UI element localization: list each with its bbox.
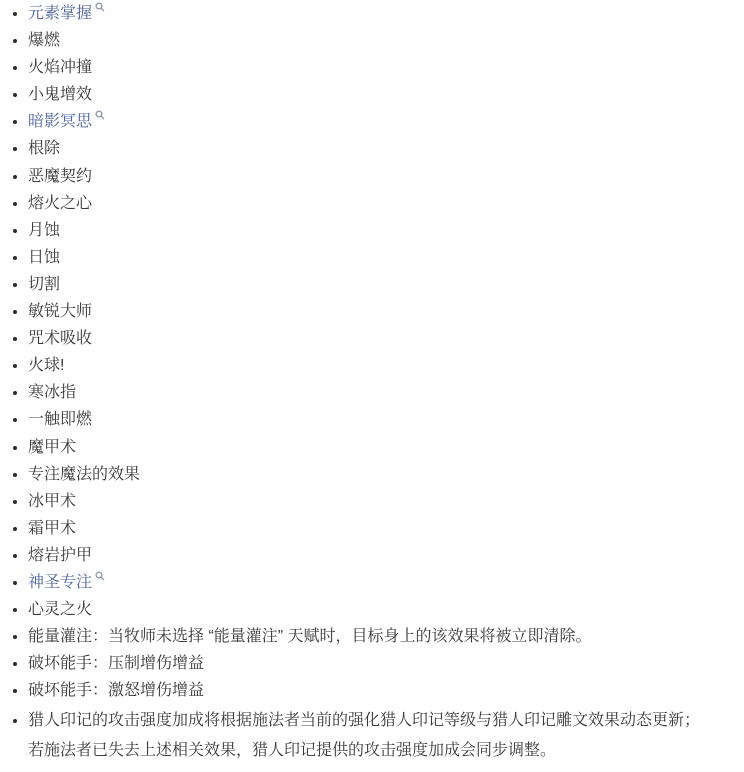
list-item: 元素掌握 bbox=[28, 0, 710, 27]
list-item-label: 日蚀 bbox=[28, 249, 60, 266]
list-item: 火焰冲撞 bbox=[28, 54, 710, 81]
list-item: 破坏能手：激怒增伤增益 bbox=[28, 677, 710, 704]
spell-link[interactable]: 元素掌握 bbox=[28, 5, 92, 22]
spell-link[interactable]: 暗影冥思 bbox=[28, 113, 92, 130]
list-item: 熔火之心 bbox=[28, 190, 710, 217]
list-item-label: 猎人印记的攻击强度加成将根据施法者当前的强化猎人印记等级与猎人印记雕文效果动态更… bbox=[28, 712, 700, 758]
list-item: 暗影冥思 bbox=[28, 108, 710, 135]
search-icon[interactable] bbox=[95, 110, 105, 120]
list-item: 能量灌注：当牧师未选择 “能量灌注” 天赋时，目标身上的该效果将被立即清除。 bbox=[28, 623, 710, 650]
list-item: 心灵之火 bbox=[28, 596, 710, 623]
list-item: 猎人印记的攻击强度加成将根据施法者当前的强化猎人印记等级与猎人印记雕文效果动态更… bbox=[28, 706, 710, 765]
list-item-label: 魔甲术 bbox=[28, 439, 76, 456]
list-item: 根除 bbox=[28, 135, 710, 162]
list-item-label: 霜甲术 bbox=[28, 520, 76, 537]
list-item-label: 火球! bbox=[28, 357, 64, 374]
list-item-label: 爆燃 bbox=[28, 32, 60, 49]
list-item-label: 冰甲术 bbox=[28, 493, 76, 510]
list-item-label: 熔岩护甲 bbox=[28, 547, 92, 564]
list-item: 破坏能手：压制增伤增益 bbox=[28, 650, 710, 677]
list-item-label: 小鬼增效 bbox=[28, 86, 92, 103]
list-item: 冰甲术 bbox=[28, 488, 710, 515]
list-item: 月蚀 bbox=[28, 217, 710, 244]
list-item: 霜甲术 bbox=[28, 515, 710, 542]
search-icon[interactable] bbox=[95, 2, 105, 12]
list-item: 日蚀 bbox=[28, 244, 710, 271]
search-icon[interactable] bbox=[95, 571, 105, 581]
list-item-label: 切割 bbox=[28, 276, 60, 293]
page-content: 元素掌握爆燃火焰冲撞小鬼增效暗影冥思根除恶魔契约熔火之心月蚀日蚀切割敏锐大师咒术… bbox=[0, 0, 710, 765]
list-item: 切割 bbox=[28, 271, 710, 298]
list-item: 专注魔法的效果 bbox=[28, 461, 710, 488]
list-item-label: 能量灌注：当牧师未选择 “能量灌注” 天赋时，目标身上的该效果将被立即清除。 bbox=[28, 628, 592, 645]
list-item-label: 火焰冲撞 bbox=[28, 59, 92, 76]
list-item: 小鬼增效 bbox=[28, 81, 710, 108]
list-item: 咒术吸收 bbox=[28, 325, 710, 352]
list-item-label: 一触即燃 bbox=[28, 411, 92, 428]
list-item: 火球! bbox=[28, 352, 710, 379]
list-item: 恶魔契约 bbox=[28, 163, 710, 190]
list-item: 敏锐大师 bbox=[28, 298, 710, 325]
bullet-list: 元素掌握爆燃火焰冲撞小鬼增效暗影冥思根除恶魔契约熔火之心月蚀日蚀切割敏锐大师咒术… bbox=[0, 0, 710, 765]
list-item-label: 月蚀 bbox=[28, 222, 60, 239]
list-item-label: 根除 bbox=[28, 140, 60, 157]
list-item-label: 专注魔法的效果 bbox=[28, 466, 140, 483]
list-item-label: 心灵之火 bbox=[28, 601, 92, 618]
list-item: 寒冰指 bbox=[28, 379, 710, 406]
list-item-label: 寒冰指 bbox=[28, 384, 76, 401]
list-item-label: 破坏能手：压制增伤增益 bbox=[28, 655, 204, 672]
list-item-label: 熔火之心 bbox=[28, 195, 92, 212]
list-item-label: 敏锐大师 bbox=[28, 303, 92, 320]
list-item: 魔甲术 bbox=[28, 434, 710, 461]
list-item-label: 咒术吸收 bbox=[28, 330, 92, 347]
list-item-label: 破坏能手：激怒增伤增益 bbox=[28, 682, 204, 699]
list-item: 神圣专注 bbox=[28, 569, 710, 596]
list-item: 爆燃 bbox=[28, 27, 710, 54]
spell-link[interactable]: 神圣专注 bbox=[28, 574, 92, 591]
list-item: 熔岩护甲 bbox=[28, 542, 710, 569]
list-item-label: 恶魔契约 bbox=[28, 168, 92, 185]
list-item: 一触即燃 bbox=[28, 406, 710, 433]
